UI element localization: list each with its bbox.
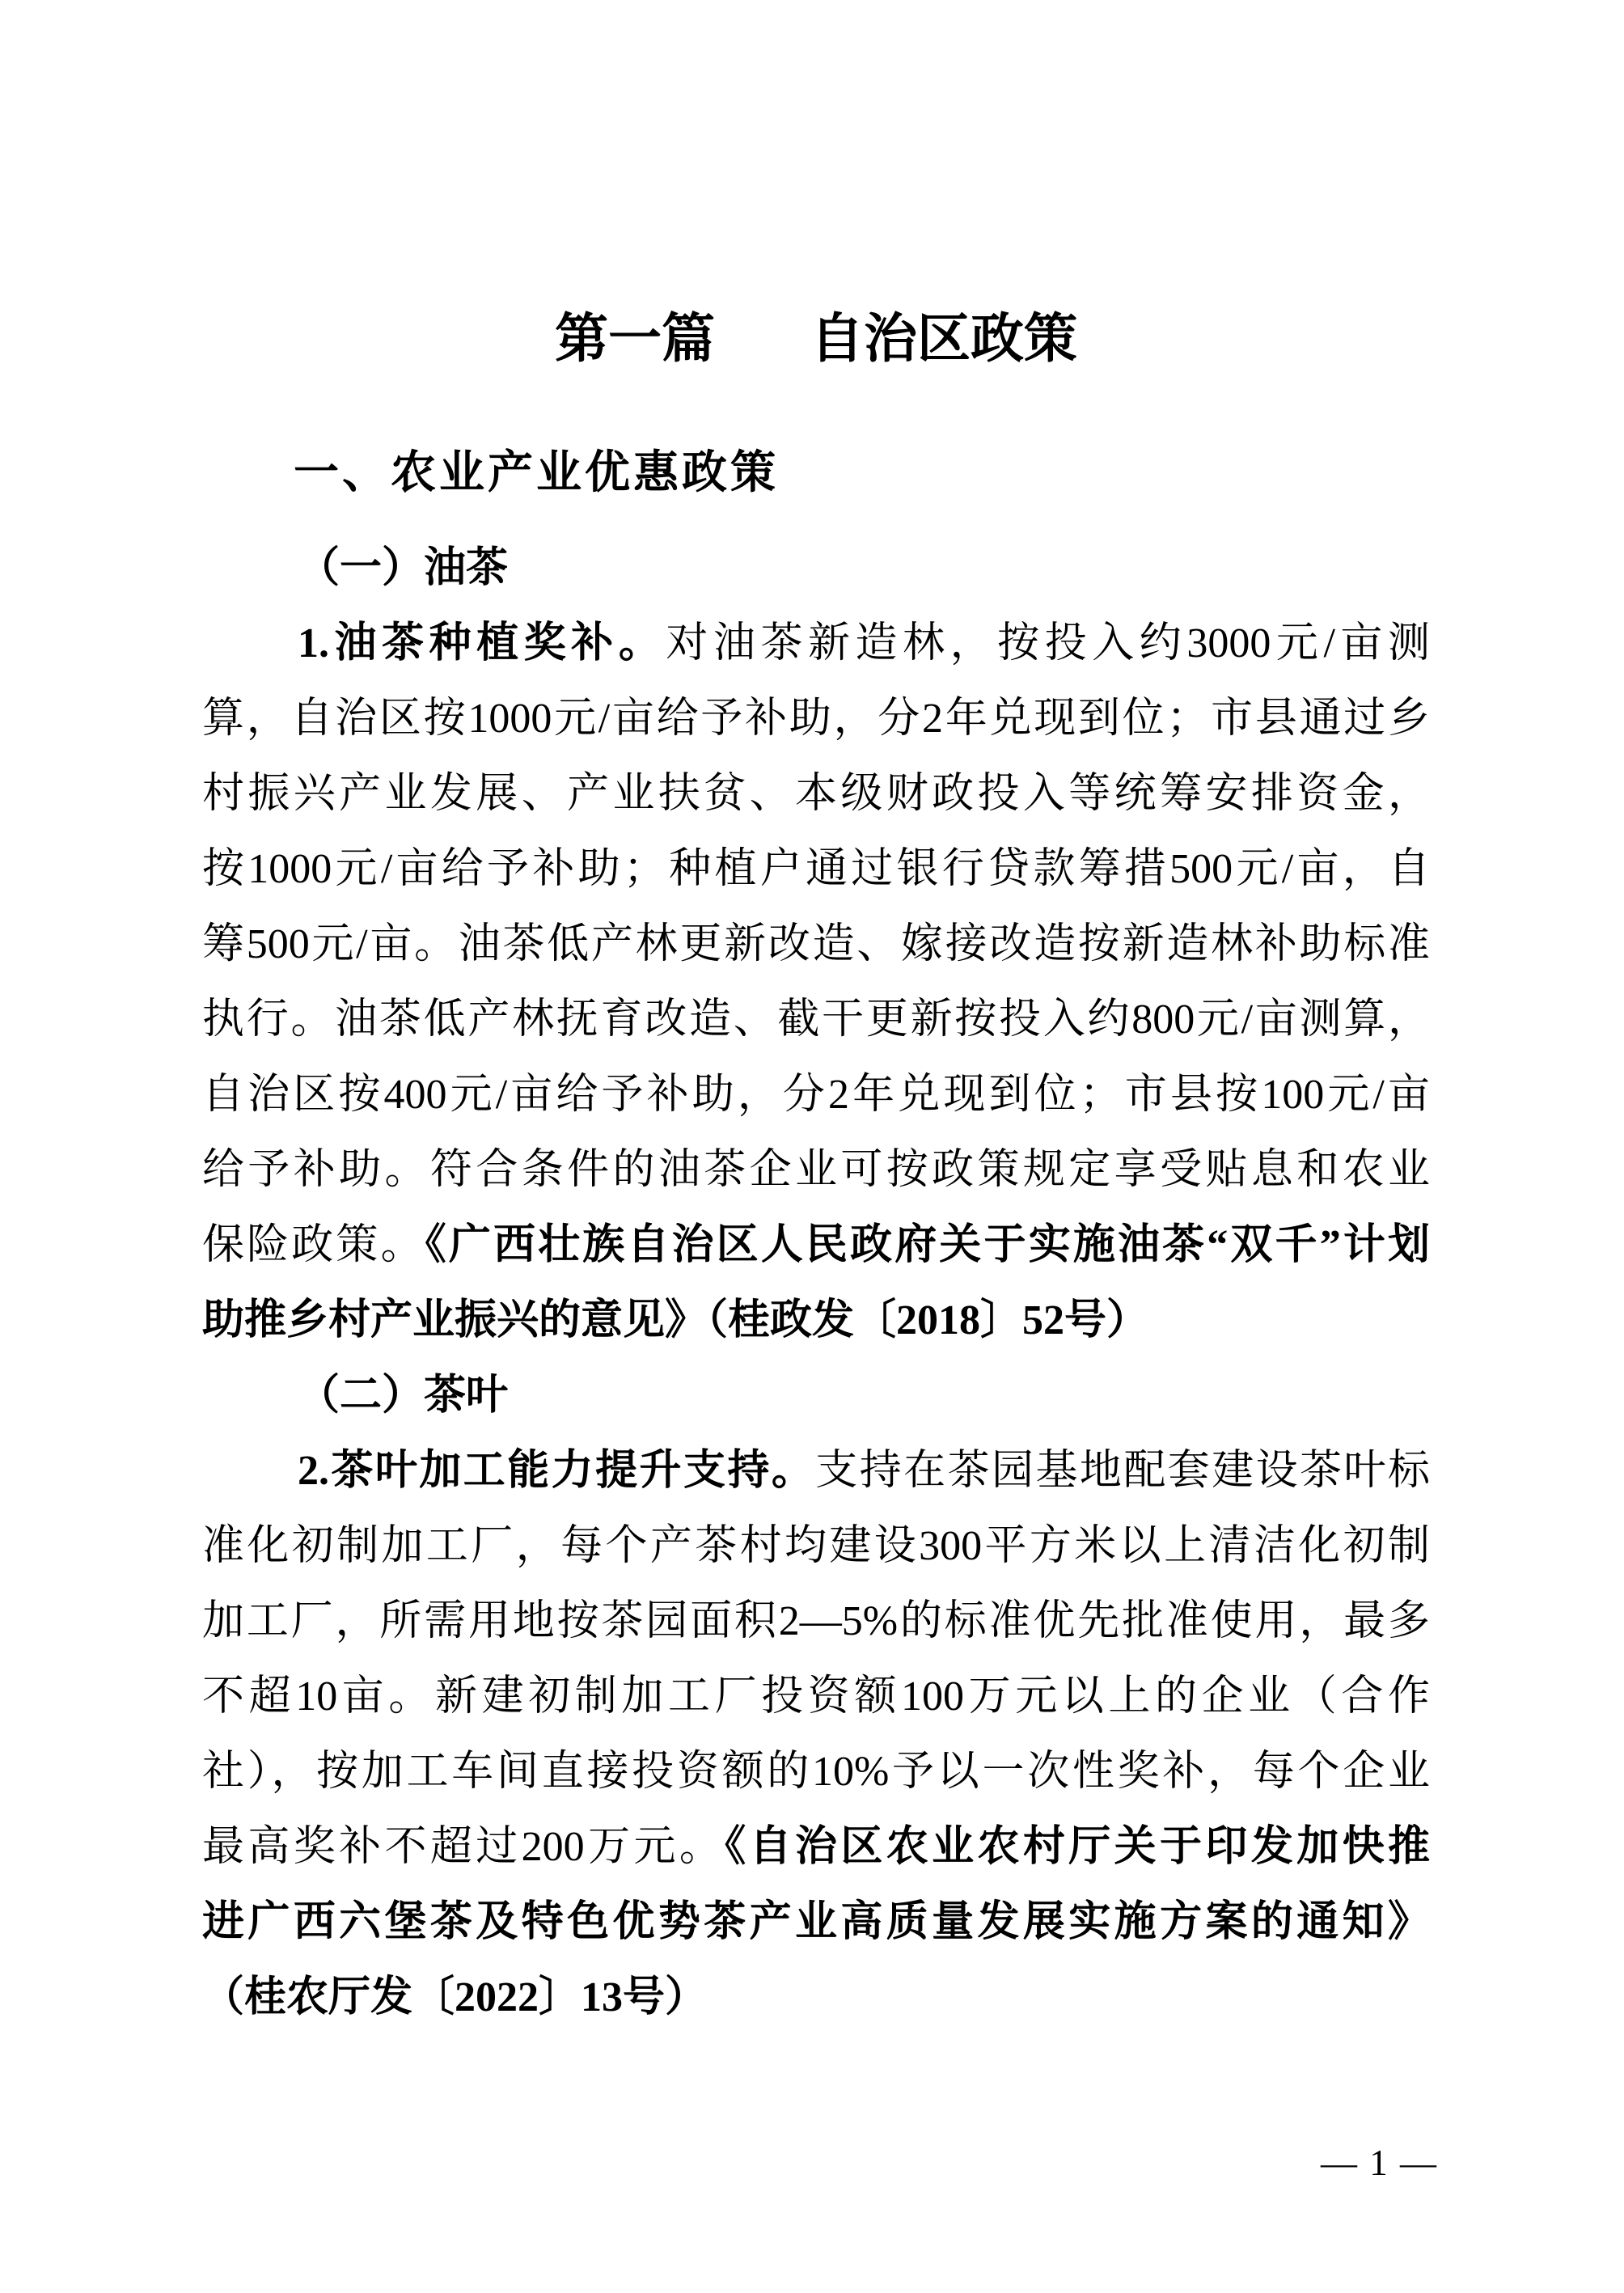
text-line: 准化初制加工厂，每个产茶村均建设300平方米以上清洁化初制 (202, 1508, 1430, 1584)
body-text: 保险政策。 (202, 1222, 425, 1268)
text-line: 社），按加工车间直接投资额的10%予以一次性奖补，每个企业 (202, 1734, 1430, 1809)
body-text: 对油茶新造林，按投入约3000元/亩测 (666, 620, 1430, 666)
body-text: 算，自治区按1000元/亩给予补助，分2年兑现到位；市县通过乡 (202, 696, 1430, 742)
text-line: 进广西六堡茶及特色优势茶产业高质量发展实施方案的通知》 (202, 1885, 1430, 1960)
page-number: — 1 — (1321, 2142, 1438, 2184)
text-line: 算，自治区按1000元/亩给予补助，分2年兑现到位；市县通过乡 (202, 681, 1430, 756)
emphasis-text: 《自治区农业农村厅关于印发加快推 (725, 1824, 1430, 1870)
body-text: 不超10亩。新建初制加工厂投资额100万元以上的企业（合作 (202, 1673, 1430, 1720)
body-text: 最高奖补不超过200万元。 (202, 1824, 725, 1870)
document-title: 第一篇自治区政策 (0, 310, 1624, 370)
body-text: 支持在茶园基地配套建设茶叶标 (815, 1448, 1430, 1494)
text-line: 不超10亩。新建初制加工厂投资额100万元以上的企业（合作 (202, 1659, 1430, 1734)
text-line: 2.茶叶加工能力提升支持。支持在茶园基地配套建设茶叶标 (202, 1433, 1430, 1508)
body-text: 准化初制加工厂，每个产茶村均建设300平方米以上清洁化初制 (202, 1523, 1430, 1569)
body-text: 自治区按400元/亩给予补助，分2年兑现到位；市县按100元/亩 (202, 1072, 1430, 1118)
document-title-name: 自治区政策 (810, 310, 1077, 369)
body-text: 筹500元/亩。油茶低产林更新改造、嫁接改造按新造林补助标准 (202, 921, 1430, 967)
body-text: 给予补助。符合条件的油茶企业可按政策规定享受贴息和农业 (202, 1147, 1430, 1193)
text-line: 最高奖补不超过200万元。《自治区农业农村厅关于印发加快推 (202, 1809, 1430, 1885)
text-line: （桂农厅发〔2022〕13号） (202, 1960, 1430, 2035)
document-body: （一）油茶1.油茶种植奖补。对油茶新造林，按投入约3000元/亩测算，自治区按1… (0, 531, 1624, 2035)
body-text: 社），按加工车间直接投资额的10%予以一次性奖补，每个企业 (202, 1749, 1430, 1795)
document-page: 第一篇自治区政策 一、农业产业优惠政策 （一）油茶1.油茶种植奖补。对油茶新造林… (0, 0, 1624, 2293)
emphasis-text: 《广西壮族自治区人民政府关于实施油茶“双千”计划 (425, 1222, 1430, 1268)
body-text: 村振兴产业发展、产业扶贫、本级财政投入等统筹安排资金， (202, 771, 1430, 817)
body-text: 加工厂，所需用地按茶园面积2—5%的标准优先批准使用，最多 (202, 1598, 1430, 1644)
text-line: 加工厂，所需用地按茶园面积2—5%的标准优先批准使用，最多 (202, 1584, 1430, 1659)
text-line: 保险政策。《广西壮族自治区人民政府关于实施油茶“双千”计划 (202, 1208, 1430, 1283)
text-line: 1.油茶种植奖补。对油茶新造林，按投入约3000元/亩测 (202, 606, 1430, 681)
text-line: 自治区按400元/亩给予补助，分2年兑现到位；市县按100元/亩 (202, 1057, 1430, 1132)
text-line: 按1000元/亩给予补助；种植户通过银行贷款筹措500元/亩，自 (202, 831, 1430, 907)
text-line: 执行。油茶低产林抚育改造、截干更新按投入约800元/亩测算， (202, 982, 1430, 1057)
subsection-heading: （一）油茶 (202, 531, 1430, 606)
emphasis-text: 1.油茶种植奖补。 (298, 620, 666, 666)
text-line: 筹500元/亩。油茶低产林更新改造、嫁接改造按新造林补助标准 (202, 907, 1430, 982)
emphasis-text: 2.茶叶加工能力提升支持。 (298, 1448, 815, 1494)
emphasis-text: 助推乡村产业振兴的意见》（桂政发〔2018〕52号） (202, 1297, 1148, 1343)
text-line: 村振兴产业发展、产业扶贫、本级财政投入等统筹安排资金， (202, 756, 1430, 831)
document-title-part: 第一篇 (555, 310, 715, 369)
text-line: 助推乡村产业振兴的意见》（桂政发〔2018〕52号） (202, 1283, 1430, 1358)
emphasis-text: 进广西六堡茶及特色优势茶产业高质量发展实施方案的通知》 (202, 1899, 1430, 1945)
body-text: 按1000元/亩给予补助；种植户通过银行贷款筹措500元/亩，自 (202, 846, 1430, 892)
subsection-heading: （二）茶叶 (202, 1358, 1430, 1433)
text-line: 给予补助。符合条件的油茶企业可按政策规定享受贴息和农业 (202, 1132, 1430, 1208)
emphasis-text: （桂农厅发〔2022〕13号） (202, 1974, 707, 2020)
body-text: 执行。油茶低产林抚育改造、截干更新按投入约800元/亩测算， (202, 996, 1430, 1043)
section-heading: 一、农业产业优惠政策 (294, 447, 1624, 497)
